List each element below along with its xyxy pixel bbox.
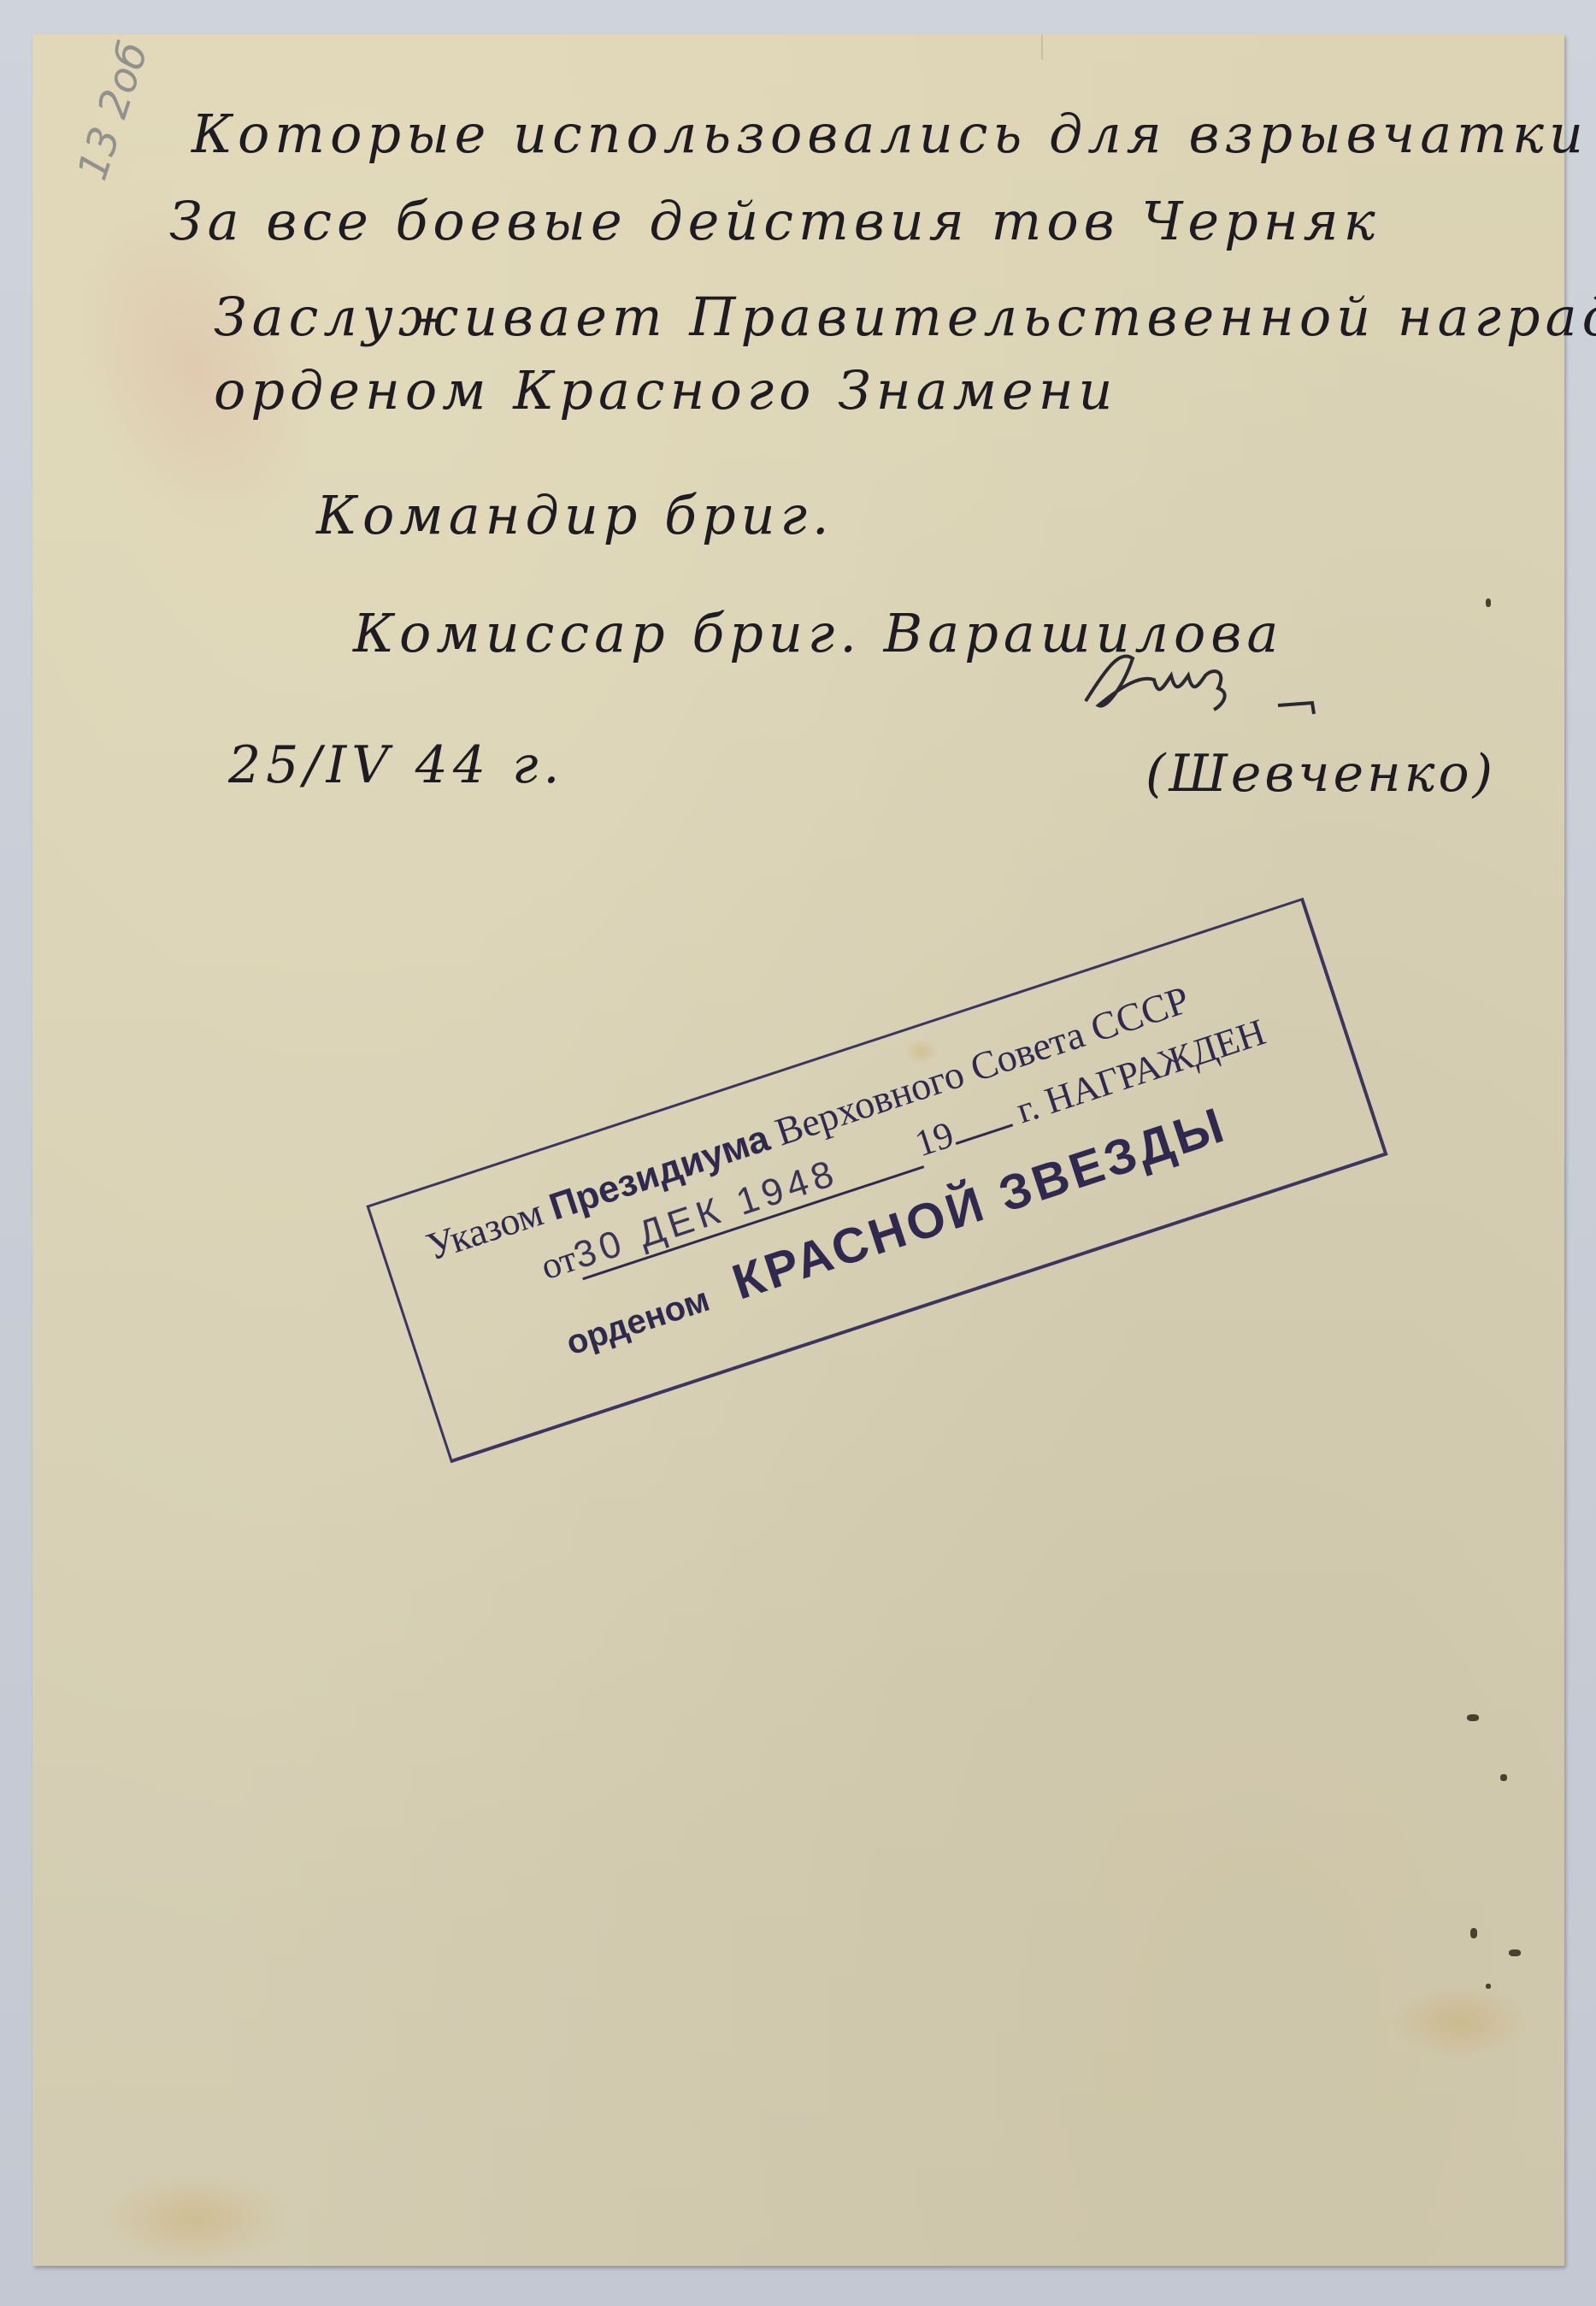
paper-hole	[1486, 599, 1491, 607]
paper-hole	[1467, 1714, 1479, 1721]
paper-tear	[1041, 34, 1043, 60]
handwritten-line-2: За все боевые действия тов Черняк	[169, 190, 1381, 252]
paper-hole	[1500, 1774, 1507, 1781]
paper-hole	[1470, 1928, 1477, 1938]
paper-stain	[1392, 1984, 1528, 2061]
handwritten-line-3: Заслуживает Правительственной награды	[214, 286, 1596, 348]
document-date: 25/IV 44 г.	[228, 735, 564, 795]
signatory-name: (Шевченко)	[1145, 744, 1496, 804]
commander-label: Командир бриг.	[316, 484, 834, 546]
paper-hole	[1509, 1949, 1521, 1956]
handwritten-line-1: Которые использовались для взрывчатки	[191, 103, 1588, 165]
paper-stain	[101, 2172, 289, 2266]
stamp-order-label: орденом	[562, 1281, 714, 1363]
handwritten-line-4: орденом Красного Знамени	[214, 359, 1117, 422]
stamp-prefix: Указом	[421, 1190, 548, 1269]
paper-hole	[1486, 1984, 1491, 1989]
stamp-year-suffix: г.	[1011, 1085, 1044, 1131]
stamp-year-blank	[955, 1124, 1012, 1145]
